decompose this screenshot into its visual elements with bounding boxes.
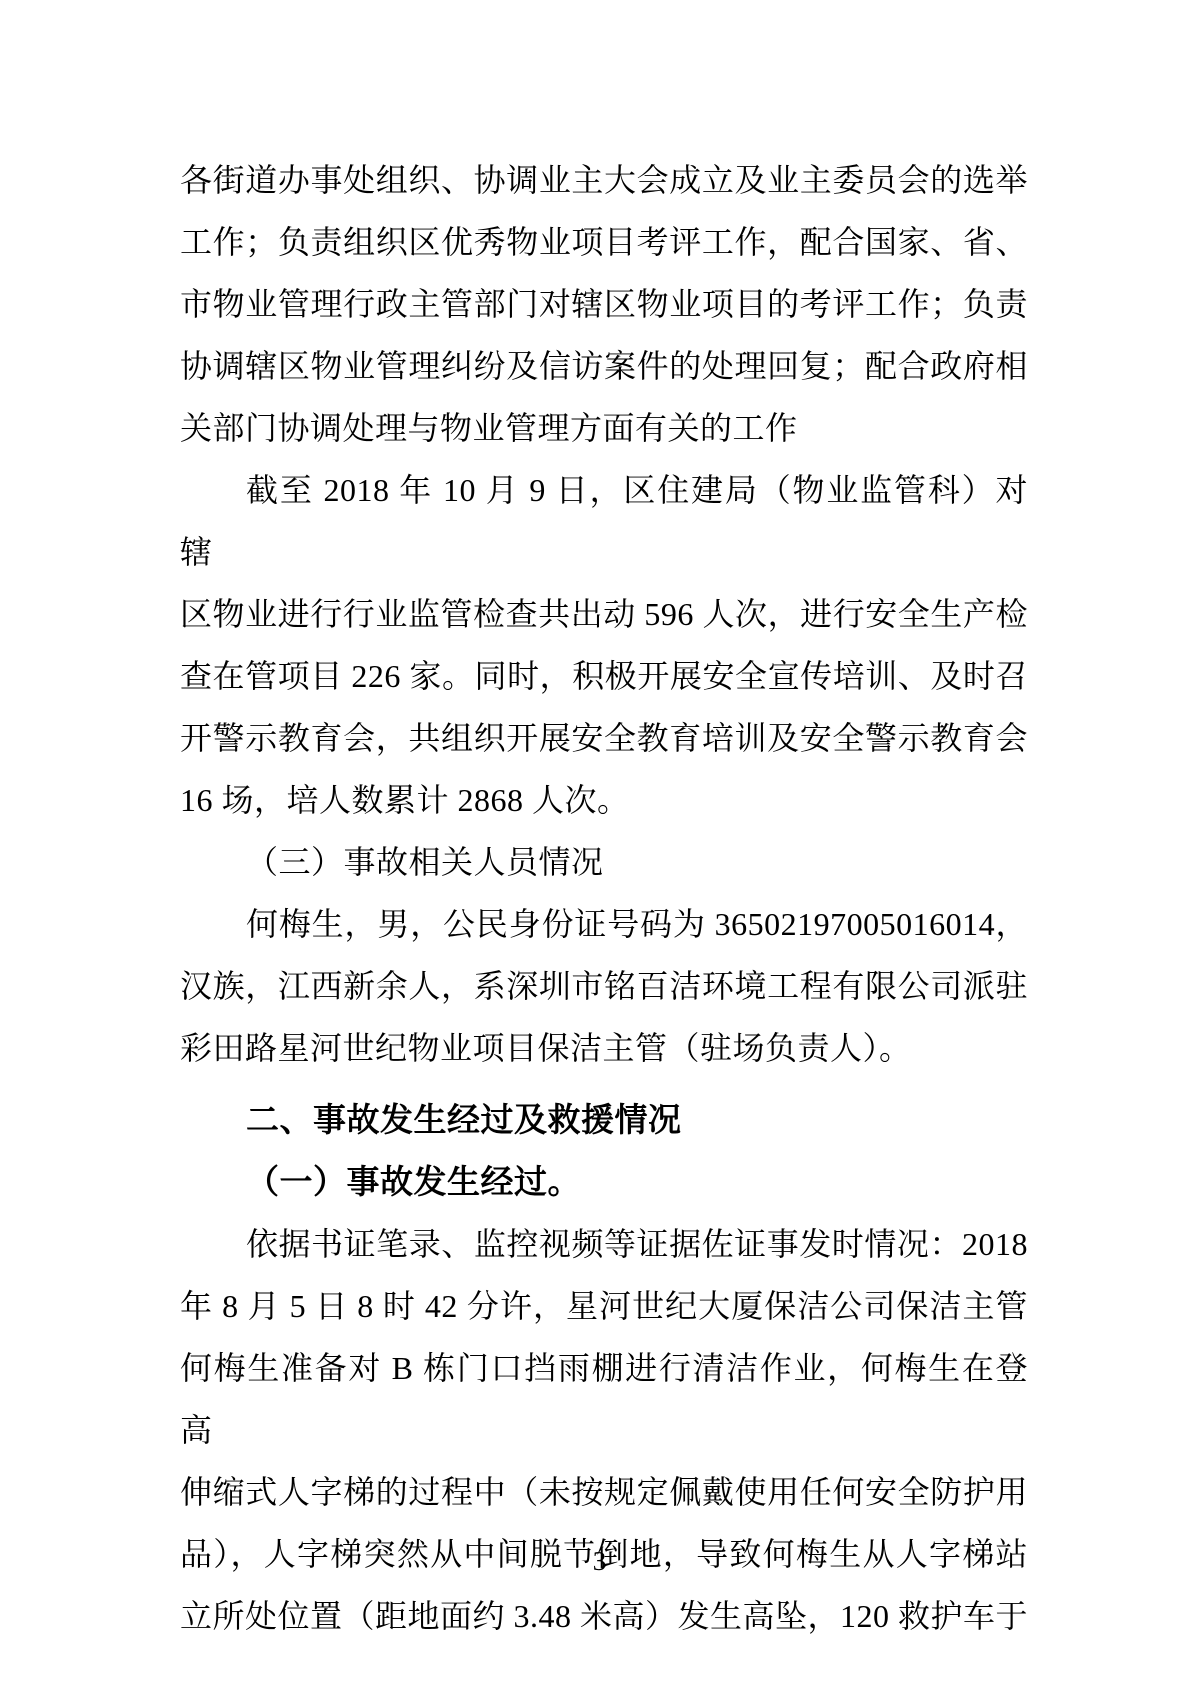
- text-line: 工作；负责组织区优秀物业项目考评工作，配合国家、省、: [180, 211, 1028, 273]
- text-line: 何梅生准备对 B 栋门口挡雨棚进行清洁作业，何梅生在登高: [180, 1337, 1028, 1461]
- text-line: 市物业管理行政主管部门对辖区物业项目的考评工作；负责: [180, 273, 1028, 335]
- paragraph: 何梅生，男，公民身份证号码为 36502197005016014，汉族，江西新余…: [180, 893, 1028, 1079]
- text-line: 二、事故发生经过及救援情况: [180, 1089, 1028, 1151]
- text-line: 汉族，江西新余人，系深圳市铭百洁环境工程有限公司派驻: [180, 955, 1028, 1017]
- text-line: 年 8 月 5 日 8 时 42 分许，星河世纪大厦保洁公司保洁主管: [180, 1275, 1028, 1337]
- text-line: 各街道办事处组织、协调业主大会成立及业主委员会的选举: [180, 149, 1028, 211]
- document-body: 各街道办事处组织、协调业主大会成立及业主委员会的选举工作；负责组织区优秀物业项目…: [180, 149, 1028, 1647]
- paragraph: 截至 2018 年 10 月 9 日，区住建局（物业监管科）对辖区物业进行行业监…: [180, 459, 1028, 831]
- text-line: 开警示教育会，共组织开展安全教育培训及安全警示教育会: [180, 707, 1028, 769]
- text-line: 区物业进行行业监管检查共出动 596 人次，进行安全生产检: [180, 583, 1028, 645]
- text-line: 查在管项目 226 家。同时，积极开展安全宣传培训、及时召: [180, 645, 1028, 707]
- text-line: （一）事故发生经过。: [180, 1151, 1028, 1213]
- section-heading: （一）事故发生经过。: [180, 1151, 1028, 1213]
- page-number: 3: [593, 1546, 607, 1576]
- document-page: 各街道办事处组织、协调业主大会成立及业主委员会的选举工作；负责组织区优秀物业项目…: [0, 0, 1199, 1696]
- section-heading: 二、事故发生经过及救援情况: [180, 1089, 1028, 1151]
- paragraph: 各街道办事处组织、协调业主大会成立及业主委员会的选举工作；负责组织区优秀物业项目…: [180, 149, 1028, 459]
- text-line: 立所处位置（距地面约 3.48 米高）发生高坠，120 救护车于: [180, 1585, 1028, 1647]
- text-line: 截至 2018 年 10 月 9 日，区住建局（物业监管科）对辖: [180, 459, 1028, 583]
- paragraph: （三）事故相关人员情况: [180, 831, 1028, 893]
- text-line: 16 场，培人数累计 2868 人次。: [180, 769, 1028, 831]
- page-footer: 3: [0, 1544, 1199, 1578]
- text-line: 伸缩式人字梯的过程中（未按规定佩戴使用任何安全防护用: [180, 1461, 1028, 1523]
- text-line: 依据书证笔录、监控视频等证据佐证事发时情况：2018: [180, 1213, 1028, 1275]
- text-line: 彩田路星河世纪物业项目保洁主管（驻场负责人）。: [180, 1017, 1028, 1079]
- text-line: 关部门协调处理与物业管理方面有关的工作: [180, 397, 1028, 459]
- text-line: 协调辖区物业管理纠纷及信访案件的处理回复；配合政府相: [180, 335, 1028, 397]
- paragraph: 依据书证笔录、监控视频等证据佐证事发时情况：2018年 8 月 5 日 8 时 …: [180, 1213, 1028, 1647]
- text-line: （三）事故相关人员情况: [180, 831, 1028, 893]
- text-line: 何梅生，男，公民身份证号码为 36502197005016014，: [180, 893, 1028, 955]
